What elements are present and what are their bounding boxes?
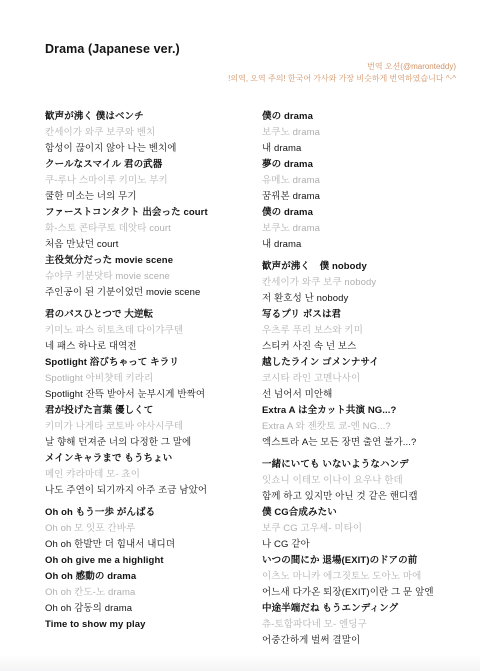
lyric-line-kr: 처음 만났던 court [45,237,257,253]
lyric-line-jp: Time to show my play [45,617,257,633]
lyric-line-ro: 보쿠노 drama [262,221,476,237]
lyrics-verse: 歓声が沸く 僕 nobody칸세이가 와쿠 보쿠 nobody저 환호성 난 n… [262,259,476,451]
lyric-line-kr: 꿈꿔본 drama [262,189,476,205]
lyric-line-kr: 날 향해 던져준 너의 다정한 그 말에 [45,435,257,451]
lyric-line-ro: 메인 캬라마데 모- 쵸이 [45,467,257,483]
lyric-line-kr: 저 환호성 난 nobody [262,291,476,307]
translator-credit: 번역 오션(@maronteddy) !의역, 오역 주의! 한국어 가사와 가… [228,61,456,85]
lyric-line-jp: 君が投げた言葉 優しくて [45,403,257,419]
translator-credit-handle: 번역 오션(@maronteddy) [228,61,456,73]
lyric-line-kr: 선 넘어서 미안해 [262,387,476,403]
lyric-line-ro: 보쿠 CG 고우세- 미타이 [262,521,476,537]
lyric-line-ro: 키미가 나게타 코토바 야사시쿠테 [45,419,257,435]
lyric-line-jp: 歓声が沸く 僕 nobody [262,259,476,275]
lyric-line-kr: 내 drama [262,141,476,157]
lyric-line-jp: ファーストコンタクト 出会った court [45,205,257,221]
lyric-line-ro: 쿠-루나 스마이루 키미노 부키 [45,173,257,189]
lyric-line-jp: Extra A は全カット共演 NG...? [262,403,476,419]
lyrics-verse: 君のパスひとつで 大逆転키미노 파스 히토츠데 다이갸쿠텐네 패스 하나로 대역… [45,307,257,499]
lyric-line-kr: 주인공이 된 기분이었던 movie scene [45,285,257,301]
lyric-line-kr: 함성이 끊이지 않아 나는 벤치에 [45,141,257,157]
lyric-line-jp: メインキャラまで もうちょい [45,451,257,467]
lyric-line-kr: 내 drama [262,237,476,253]
lyric-line-ro: 화-스토 콘타쿠토 데앗타 court [45,221,257,237]
lyric-line-jp: Oh oh 感動の drama [45,569,257,585]
page-bottom-edge [0,655,480,671]
translator-credit-note: !의역, 오역 주의! 한국어 가사와 가장 비슷하게 번역하였습니다 ^-^ [228,73,456,85]
lyric-line-jp: 中途半端だね もうエンディング [262,601,476,617]
lyric-line-jp: 僕の drama [262,109,476,125]
lyric-line-ro: 슈야쿠 키분닷타 movie scene [45,269,257,285]
lyric-line-kr: 나도 주연이 되기까지 아주 조금 남았어 [45,483,257,499]
lyric-line-ro: Oh oh 칸도-노 drama [45,585,257,601]
lyrics-column-left: 歓声が沸く 僕はベンチ칸세이가 와쿠 보쿠와 벤치함성이 끊이지 않아 나는 벤… [45,109,257,633]
lyrics-document-page: Drama (Japanese ver.) 번역 오션(@maronteddy)… [0,0,480,671]
lyric-line-jp: 歓声が沸く 僕はベンチ [45,109,257,125]
lyric-line-ro: 츄-토함파다네 모- 엔딩구 [262,617,476,633]
lyric-line-ro: 이츠노 마니카 에그짓토노 도아노 마에 [262,569,476,585]
lyric-line-ro: 코시타 라인 고멘나사이 [262,371,476,387]
lyric-line-kr: 어느새 다가온 퇴장(EXIT)이란 그 문 앞엔 [262,585,476,601]
lyric-line-ro: 칸세이가 와쿠 보쿠와 벤치 [45,125,257,141]
lyric-line-ro: 보쿠노 drama [262,125,476,141]
lyrics-column-right: 僕の drama보쿠노 drama내 drama夢の drama유메노 dram… [262,109,476,649]
lyric-line-kr: 엑스트라 A는 모든 장면 출연 불가...? [262,435,476,451]
lyric-line-jp: Oh oh もう一歩 がんばる [45,505,257,521]
lyric-line-jp: Spotlight 浴びちゃって キラリ [45,355,257,371]
lyric-line-kr: Oh oh 감동의 drama [45,601,257,617]
lyric-line-kr: 스티커 사진 속 넌 보스 [262,339,476,355]
lyric-line-kr: Oh oh 한발만 더 힘내서 내디뎌 [45,537,257,553]
lyric-line-kr: 나 CG 같아 [262,537,476,553]
lyric-line-ro: Oh oh 모 잇포 간바루 [45,521,257,537]
lyric-line-kr: Spotlight 잔뜩 받아서 눈부시게 반짝여 [45,387,257,403]
lyric-line-jp: クールなスマイル 君の武器 [45,157,257,173]
lyric-line-kr: 함께 하고 있지만 아닌 것 같은 핸디캡 [262,489,476,505]
lyrics-verse: 歓声が沸く 僕はベンチ칸세이가 와쿠 보쿠와 벤치함성이 끊이지 않아 나는 벤… [45,109,257,301]
lyric-line-kr: 어중간하게 벌써 결말이 [262,633,476,649]
lyric-line-jp: Oh oh give me a highlight [45,553,257,569]
lyric-line-jp: 写るプリ ボスは君 [262,307,476,323]
lyric-line-jp: いつの間にか 退場(EXIT)のドアの前 [262,553,476,569]
lyric-line-ro: 키미노 파스 히토츠데 다이갸쿠텐 [45,323,257,339]
lyric-line-jp: 君のパスひとつで 大逆転 [45,307,257,323]
lyric-line-jp: 一緒にいても いないようなハンデ [262,457,476,473]
lyric-line-ro: 우츠루 푸리 보스와 키미 [262,323,476,339]
lyric-line-kr: 쿨한 미소는 너의 무기 [45,189,257,205]
lyric-line-ro: Spotlight 아비챳테 키라리 [45,371,257,387]
page-title: Drama (Japanese ver.) [45,42,180,56]
lyrics-verse: 一緒にいても いないようなハンデ잇쇼니 이테모 이나이 요우나 한데함께 하고 … [262,457,476,649]
lyric-line-jp: 主役気分だった movie scene [45,253,257,269]
lyrics-verse: Oh oh もう一歩 がんばるOh oh 모 잇포 간바루Oh oh 한발만 더… [45,505,257,633]
lyric-line-ro: 잇쇼니 이테모 이나이 요우나 한데 [262,473,476,489]
lyric-line-jp: 僕の drama [262,205,476,221]
lyrics-verse: 僕の drama보쿠노 drama내 drama夢の drama유메노 dram… [262,109,476,253]
lyric-line-ro: 유메노 drama [262,173,476,189]
lyric-line-jp: 越したライン ゴメンナサイ [262,355,476,371]
lyric-line-jp: 夢の drama [262,157,476,173]
lyric-line-jp: 僕 CG合成みたい [262,505,476,521]
lyric-line-ro: 칸세이가 와쿠 보쿠 nobody [262,275,476,291]
lyric-line-kr: 네 패스 하나로 대역전 [45,339,257,355]
lyric-line-ro: Extra A 와 젠캇토 쿄-엔 NG...? [262,419,476,435]
